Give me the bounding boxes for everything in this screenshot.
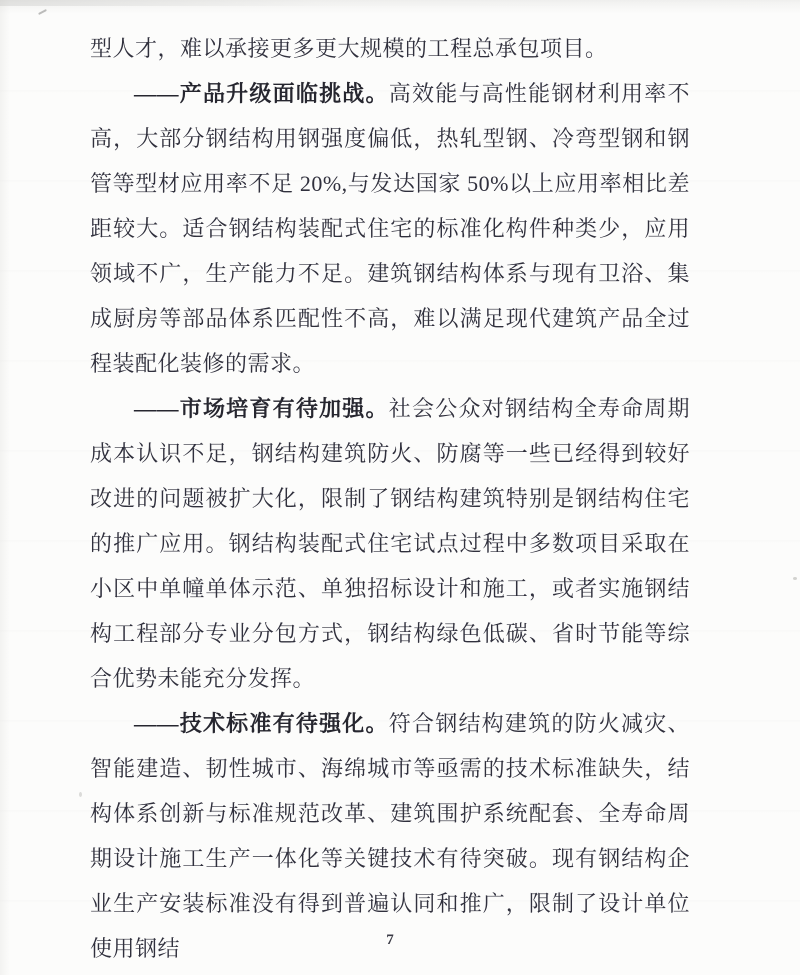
paragraph: ——产品升级面临挑战。高效能与高性能钢材利用率不高，大部分钢结构用钢强度偏低，热…	[90, 71, 690, 386]
document-page: 型人才，难以承接更多更大规模的工程总承包项目。——产品升级面临挑战。高效能与高性…	[0, 0, 800, 975]
scan-tick-artifact	[38, 9, 47, 15]
paragraph: ——技术标准有待强化。符合钢结构建筑的防火减灾、智能建造、韧性城市、海绵城市等亟…	[90, 701, 690, 971]
paragraph-lead: ——产品升级面临挑战。	[134, 81, 389, 106]
paragraph-lead: ——市场培育有待加强。	[134, 396, 389, 421]
paragraph-body: 型人才，难以承接更多更大规模的工程总承包项目。	[90, 36, 608, 61]
paragraph-lead: ——技术标准有待强化。	[134, 711, 389, 736]
paragraph-body: 社会公众对钢结构全寿命周期成本认识不足，钢结构建筑防火、防腐等一些已经得到较好改…	[90, 396, 690, 691]
paragraph: 型人才，难以承接更多更大规模的工程总承包项目。	[90, 26, 690, 71]
scan-speck-artifact	[79, 792, 82, 797]
paragraph-body: 高效能与高性能钢材利用率不高，大部分钢结构用钢强度偏低，热轧型钢、冷弯型钢和钢管…	[90, 81, 690, 376]
text-block: 型人才，难以承接更多更大规模的工程总承包项目。——产品升级面临挑战。高效能与高性…	[90, 26, 690, 971]
paragraph-body: 符合钢结构建筑的防火减灾、智能建造、韧性城市、海绵城市等亟需的技术标准缺失，结构…	[90, 711, 690, 961]
scan-streak-artifact	[0, 0, 800, 6]
page-number: 7	[90, 932, 690, 949]
paragraph: ——市场培育有待加强。社会公众对钢结构全寿命周期成本认识不足，钢结构建筑防火、防…	[90, 386, 690, 701]
scan-speck-artifact	[793, 577, 797, 580]
